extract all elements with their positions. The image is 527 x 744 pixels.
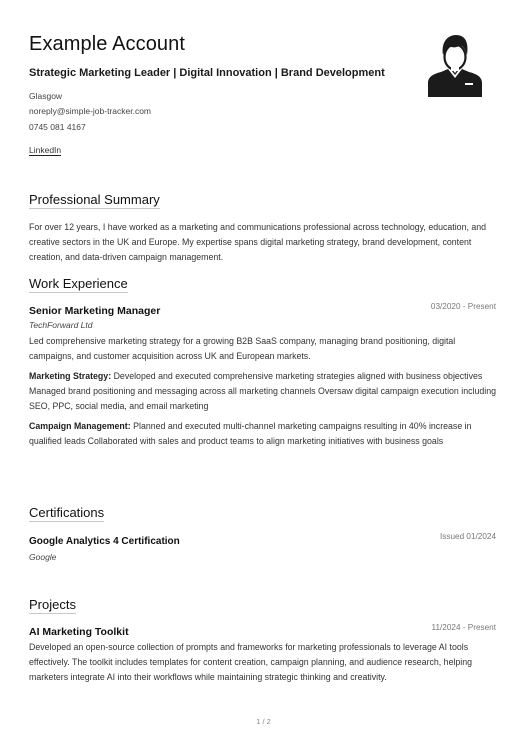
project-name: AI Marketing Toolkit bbox=[29, 626, 129, 638]
highlight-label: Campaign Management: bbox=[29, 421, 131, 431]
certification-date: Issued 01/2024 bbox=[440, 532, 496, 541]
candidate-name: Example Account bbox=[29, 33, 185, 56]
job-highlight: Marketing Strategy: Developed and execut… bbox=[29, 369, 496, 414]
job-title: Senior Marketing Manager bbox=[29, 305, 160, 317]
highlight-label: Marketing Strategy: bbox=[29, 371, 111, 381]
contact-phone: 0745 081 4167 bbox=[29, 122, 86, 132]
experience-item: Senior Marketing Manager 03/2020 - Prese… bbox=[29, 301, 496, 449]
linkedin-link[interactable]: LinkedIn bbox=[29, 145, 61, 156]
resume-header: Example Account Strategic Marketing Lead… bbox=[29, 0, 496, 160]
professional-summary-section: Professional Summary For over 12 years, … bbox=[29, 191, 496, 265]
project-description: Developed an open-source collection of p… bbox=[29, 640, 496, 685]
projects-section: Projects AI Marketing Toolkit 11/2024 - … bbox=[29, 596, 496, 685]
page-indicator: 1 / 2 bbox=[0, 717, 527, 726]
resume-page: Example Account Strategic Marketing Lead… bbox=[29, 0, 496, 160]
contact-location: Glasgow bbox=[29, 91, 62, 101]
certification-issuer: Google bbox=[29, 552, 496, 562]
work-experience-section: Work Experience Senior Marketing Manager… bbox=[29, 275, 496, 449]
job-description: Led comprehensive marketing strategy for… bbox=[29, 334, 496, 364]
summary-text: For over 12 years, I have worked as a ma… bbox=[29, 220, 496, 265]
section-title-summary: Professional Summary bbox=[29, 192, 160, 209]
section-title-certifications: Certifications bbox=[29, 505, 104, 522]
project-item: AI Marketing Toolkit 11/2024 - Present D… bbox=[29, 622, 496, 685]
job-dates: 03/2020 - Present bbox=[431, 302, 496, 311]
candidate-headline: Strategic Marketing Leader | Digital Inn… bbox=[29, 67, 385, 79]
person-avatar-icon bbox=[427, 33, 483, 97]
section-title-projects: Projects bbox=[29, 597, 76, 614]
contact-email: noreply@simple-job-tracker.com bbox=[29, 106, 151, 116]
section-title-experience: Work Experience bbox=[29, 276, 128, 293]
project-dates: 11/2024 - Present bbox=[432, 623, 496, 632]
job-highlight: Campaign Management: Planned and execute… bbox=[29, 419, 496, 449]
certification-item: Google Analytics 4 Certification Issued … bbox=[29, 531, 496, 562]
certification-name: Google Analytics 4 Certification bbox=[29, 536, 180, 547]
company-name: TechForward Ltd bbox=[29, 320, 496, 330]
certifications-section: Certifications Google Analytics 4 Certif… bbox=[29, 504, 496, 562]
